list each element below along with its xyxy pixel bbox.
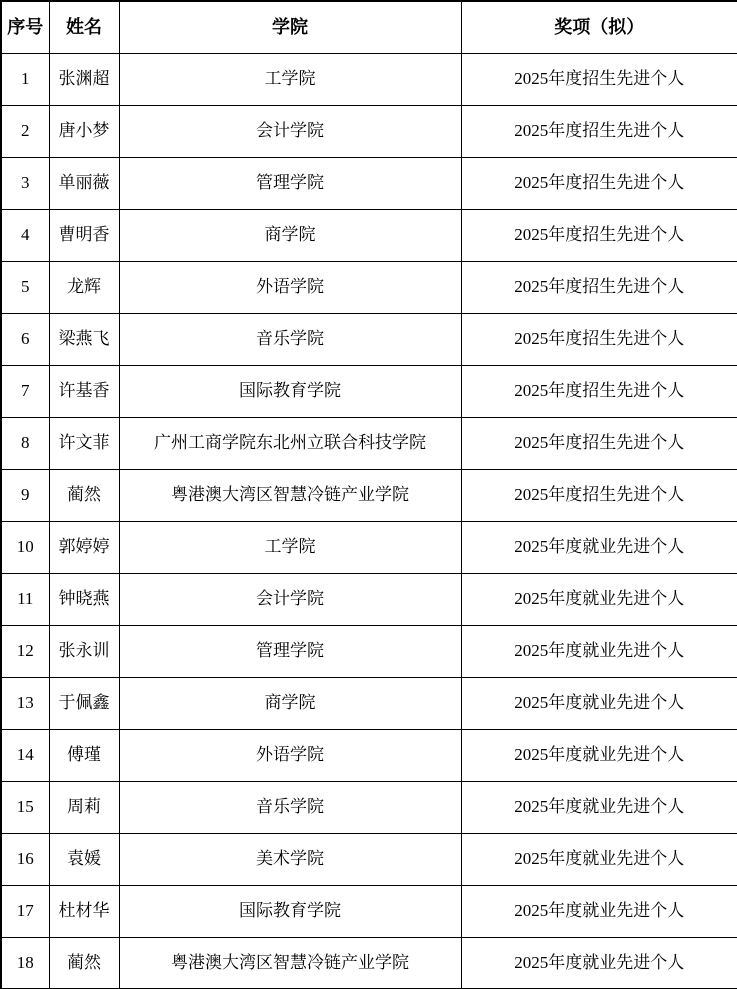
table-row: 1张渊超工学院2025年度招生先进个人 xyxy=(1,53,737,105)
cell-college: 会计学院 xyxy=(119,105,461,157)
cell-award: 2025年度就业先进个人 xyxy=(461,833,737,885)
table-row: 12张永训管理学院2025年度就业先进个人 xyxy=(1,625,737,677)
cell-college: 外语学院 xyxy=(119,261,461,313)
cell-index: 11 xyxy=(1,573,49,625)
table-row: 2唐小梦会计学院2025年度招生先进个人 xyxy=(1,105,737,157)
cell-name: 龙辉 xyxy=(49,261,119,313)
cell-college: 管理学院 xyxy=(119,625,461,677)
cell-award: 2025年度就业先进个人 xyxy=(461,885,737,937)
cell-name: 许基香 xyxy=(49,365,119,417)
cell-college: 外语学院 xyxy=(119,729,461,781)
cell-award: 2025年度招生先进个人 xyxy=(461,157,737,209)
cell-college: 音乐学院 xyxy=(119,781,461,833)
cell-index: 5 xyxy=(1,261,49,313)
cell-index: 1 xyxy=(1,53,49,105)
table-row: 4曹明香商学院2025年度招生先进个人 xyxy=(1,209,737,261)
cell-index: 6 xyxy=(1,313,49,365)
cell-college: 商学院 xyxy=(119,209,461,261)
cell-award: 2025年度招生先进个人 xyxy=(461,209,737,261)
table-row: 17杜材华国际教育学院2025年度就业先进个人 xyxy=(1,885,737,937)
cell-award: 2025年度就业先进个人 xyxy=(461,781,737,833)
cell-award: 2025年度就业先进个人 xyxy=(461,625,737,677)
cell-index: 9 xyxy=(1,469,49,521)
cell-index: 14 xyxy=(1,729,49,781)
cell-college: 国际教育学院 xyxy=(119,365,461,417)
cell-index: 13 xyxy=(1,677,49,729)
table-body: 1张渊超工学院2025年度招生先进个人2唐小梦会计学院2025年度招生先进个人3… xyxy=(1,53,737,989)
cell-index: 16 xyxy=(1,833,49,885)
cell-name: 曹明香 xyxy=(49,209,119,261)
cell-name: 张永训 xyxy=(49,625,119,677)
cell-index: 8 xyxy=(1,417,49,469)
cell-name: 蔺然 xyxy=(49,937,119,989)
cell-award: 2025年度招生先进个人 xyxy=(461,261,737,313)
cell-name: 钟晓燕 xyxy=(49,573,119,625)
column-header-college: 学院 xyxy=(119,1,461,53)
column-header-index: 序号 xyxy=(1,1,49,53)
cell-college: 商学院 xyxy=(119,677,461,729)
table-row: 3单丽薇管理学院2025年度招生先进个人 xyxy=(1,157,737,209)
cell-college: 工学院 xyxy=(119,521,461,573)
cell-college: 国际教育学院 xyxy=(119,885,461,937)
cell-name: 唐小梦 xyxy=(49,105,119,157)
cell-name: 梁燕飞 xyxy=(49,313,119,365)
column-header-award: 奖项（拟） xyxy=(461,1,737,53)
table-row: 16袁媛美术学院2025年度就业先进个人 xyxy=(1,833,737,885)
table-row: 18蔺然粤港澳大湾区智慧冷链产业学院2025年度就业先进个人 xyxy=(1,937,737,989)
cell-name: 周莉 xyxy=(49,781,119,833)
table-row: 14傅瑾外语学院2025年度就业先进个人 xyxy=(1,729,737,781)
cell-award: 2025年度招生先进个人 xyxy=(461,469,737,521)
cell-college: 粤港澳大湾区智慧冷链产业学院 xyxy=(119,937,461,989)
cell-award: 2025年度就业先进个人 xyxy=(461,677,737,729)
cell-award: 2025年度招生先进个人 xyxy=(461,365,737,417)
cell-index: 17 xyxy=(1,885,49,937)
awards-table: 序号 姓名 学院 奖项（拟） 1张渊超工学院2025年度招生先进个人2唐小梦会计… xyxy=(0,0,737,989)
cell-award: 2025年度就业先进个人 xyxy=(461,729,737,781)
cell-name: 杜材华 xyxy=(49,885,119,937)
cell-award: 2025年度招生先进个人 xyxy=(461,313,737,365)
cell-name: 傅瑾 xyxy=(49,729,119,781)
cell-college: 音乐学院 xyxy=(119,313,461,365)
cell-index: 4 xyxy=(1,209,49,261)
table-row: 8许文菲广州工商学院东北州立联合科技学院2025年度招生先进个人 xyxy=(1,417,737,469)
cell-award: 2025年度就业先进个人 xyxy=(461,937,737,989)
cell-college: 会计学院 xyxy=(119,573,461,625)
cell-name: 蔺然 xyxy=(49,469,119,521)
table-row: 11钟晓燕会计学院2025年度就业先进个人 xyxy=(1,573,737,625)
cell-award: 2025年度招生先进个人 xyxy=(461,105,737,157)
cell-index: 18 xyxy=(1,937,49,989)
cell-college: 粤港澳大湾区智慧冷链产业学院 xyxy=(119,469,461,521)
cell-index: 7 xyxy=(1,365,49,417)
table-row: 15周莉音乐学院2025年度就业先进个人 xyxy=(1,781,737,833)
cell-college: 广州工商学院东北州立联合科技学院 xyxy=(119,417,461,469)
cell-name: 郭婷婷 xyxy=(49,521,119,573)
cell-index: 15 xyxy=(1,781,49,833)
cell-name: 袁媛 xyxy=(49,833,119,885)
cell-award: 2025年度招生先进个人 xyxy=(461,53,737,105)
cell-name: 于佩鑫 xyxy=(49,677,119,729)
cell-award: 2025年度就业先进个人 xyxy=(461,521,737,573)
cell-name: 许文菲 xyxy=(49,417,119,469)
table-row: 5龙辉外语学院2025年度招生先进个人 xyxy=(1,261,737,313)
table-header: 序号 姓名 学院 奖项（拟） xyxy=(1,1,737,53)
column-header-name: 姓名 xyxy=(49,1,119,53)
table-row: 13于佩鑫商学院2025年度就业先进个人 xyxy=(1,677,737,729)
cell-college: 管理学院 xyxy=(119,157,461,209)
cell-college: 工学院 xyxy=(119,53,461,105)
table-row: 6梁燕飞音乐学院2025年度招生先进个人 xyxy=(1,313,737,365)
table-row: 10郭婷婷工学院2025年度就业先进个人 xyxy=(1,521,737,573)
cell-index: 2 xyxy=(1,105,49,157)
table-header-row: 序号 姓名 学院 奖项（拟） xyxy=(1,1,737,53)
cell-index: 10 xyxy=(1,521,49,573)
cell-award: 2025年度就业先进个人 xyxy=(461,573,737,625)
cell-index: 12 xyxy=(1,625,49,677)
cell-award: 2025年度招生先进个人 xyxy=(461,417,737,469)
cell-name: 单丽薇 xyxy=(49,157,119,209)
table-row: 9蔺然粤港澳大湾区智慧冷链产业学院2025年度招生先进个人 xyxy=(1,469,737,521)
cell-index: 3 xyxy=(1,157,49,209)
cell-college: 美术学院 xyxy=(119,833,461,885)
cell-name: 张渊超 xyxy=(49,53,119,105)
table-row: 7许基香国际教育学院2025年度招生先进个人 xyxy=(1,365,737,417)
